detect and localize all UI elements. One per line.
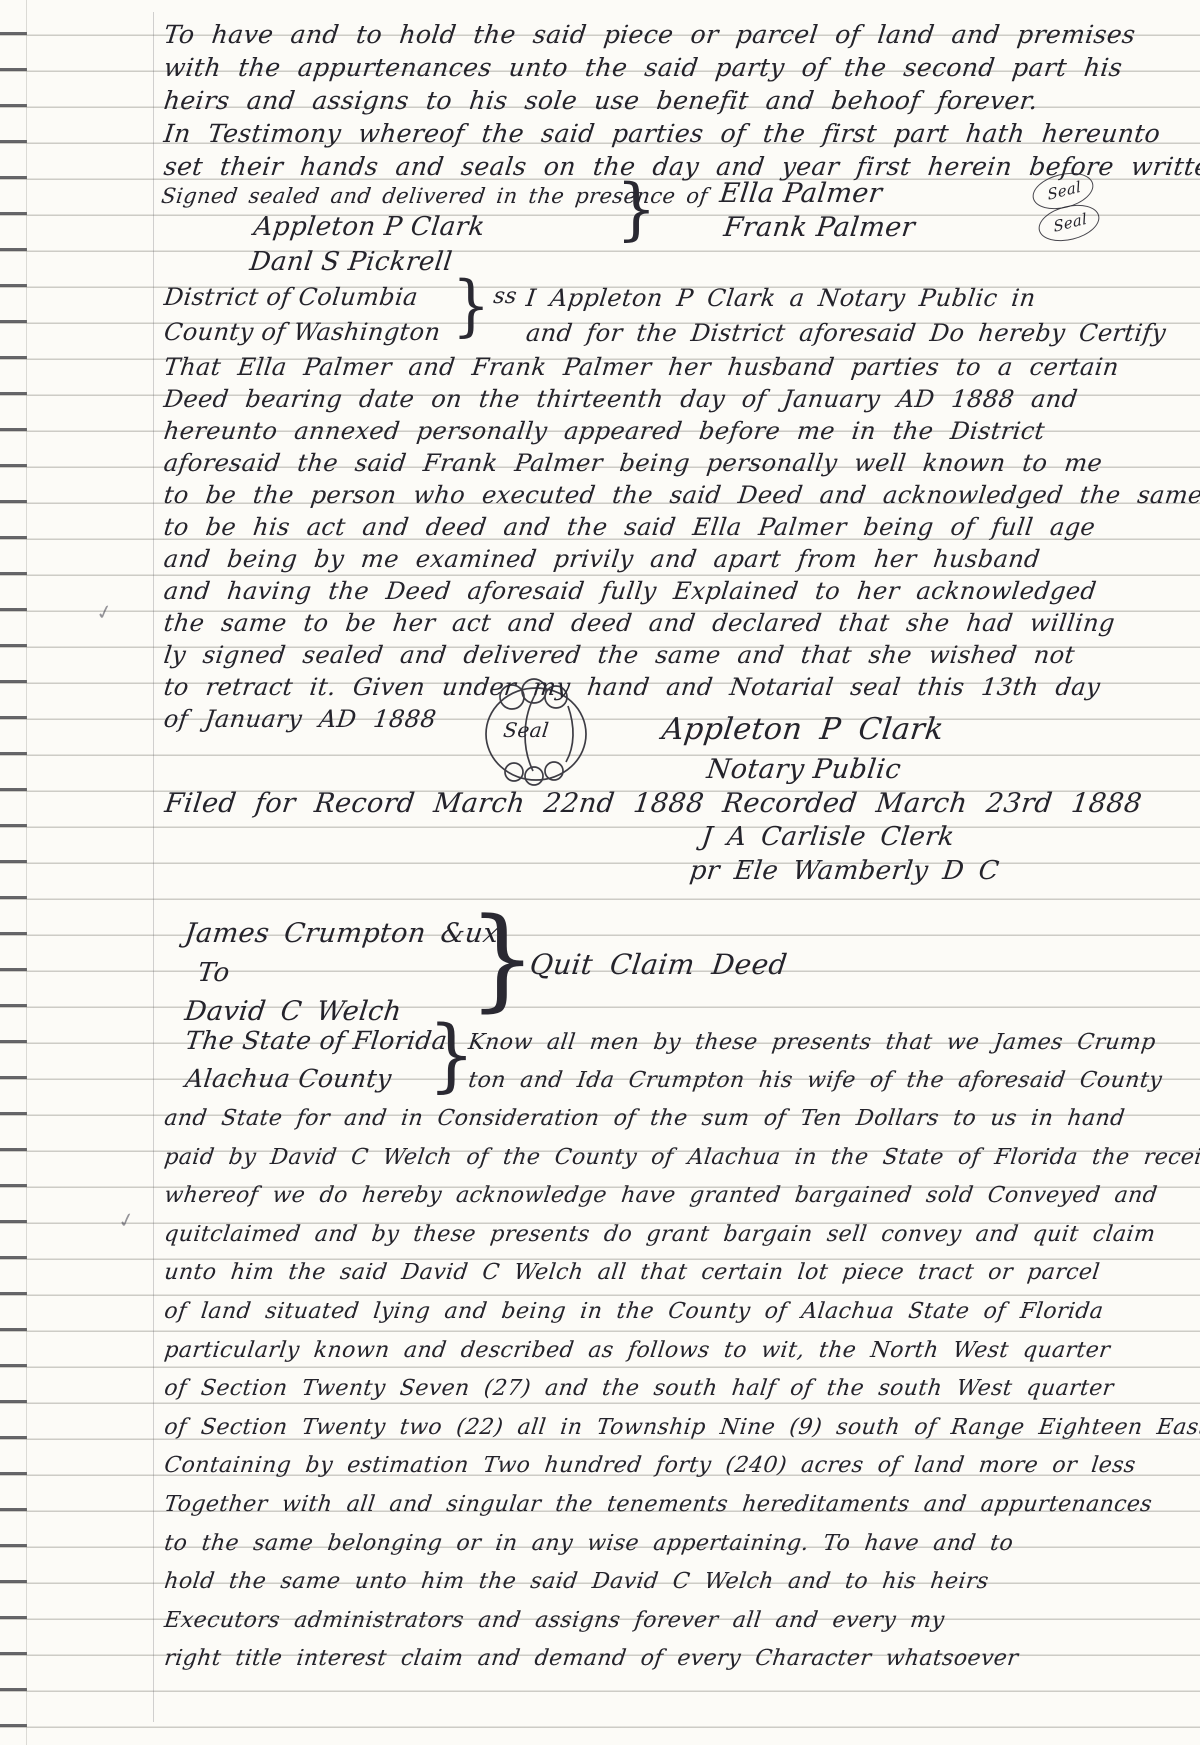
acknowledgment-intro: I Appleton P Clark a Notary Public inand… bbox=[524, 281, 1164, 351]
manuscript-line: That Ella Palmer and Frank Palmer her hu… bbox=[162, 351, 1200, 383]
manuscript-line: ly signed sealed and delivered the same … bbox=[162, 639, 1200, 671]
witness-signature-danl-pickrell: Danl S Pickrell bbox=[248, 247, 454, 277]
manuscript-line: The State of Florida bbox=[183, 1022, 450, 1060]
manuscript-line: and being by me examined privily and apa… bbox=[162, 543, 1200, 575]
manuscript-line: of Section Twenty two (22) all in Townsh… bbox=[162, 1409, 1200, 1448]
manuscript-line: to retract it. Given under my hand and N… bbox=[162, 671, 1200, 703]
deed-record-page: ✓ ✓ To have and to hold the said piece o… bbox=[0, 0, 1200, 1745]
manuscript-line: District of Columbia bbox=[162, 280, 443, 315]
manuscript-line: and for the District aforesaid Do hereby… bbox=[524, 316, 1168, 351]
manuscript-line: County of Washington bbox=[162, 315, 443, 350]
manuscript-line: paid by David C Welch of the County of A… bbox=[162, 1139, 1200, 1178]
venue-state-county: The State of FloridaAlachua County bbox=[183, 1022, 445, 1098]
deed2-opening-lines: Know all men by these presents that we J… bbox=[466, 1024, 1160, 1100]
to-label: To bbox=[196, 958, 231, 988]
manuscript-line: of Section Twenty Seven (27) and the sou… bbox=[162, 1370, 1200, 1409]
manuscript-line: to be his act and deed and the said Ella… bbox=[162, 511, 1200, 543]
manuscript-line: Containing by estimation Two hundred for… bbox=[162, 1447, 1200, 1486]
manuscript-line: quitclaimed and by these presents do gra… bbox=[162, 1216, 1200, 1255]
deed2-body-paragraph: and State for and in Consideration of th… bbox=[162, 1100, 1200, 1679]
margin-rule-line bbox=[153, 12, 154, 1722]
manuscript-line: of land situated lying and being in the … bbox=[162, 1293, 1200, 1332]
manuscript-line: Together with all and singular the tenem… bbox=[162, 1486, 1200, 1525]
seal-label: Seal bbox=[1052, 210, 1088, 236]
manuscript-line: and State for and in Consideration of th… bbox=[162, 1100, 1200, 1139]
venue-brace-icon: } bbox=[452, 273, 490, 339]
pencil-checkmark-icon: ✓ bbox=[94, 599, 115, 626]
manuscript-line: hereunto annexed personally appeared bef… bbox=[162, 415, 1200, 447]
manuscript-line: with the appurtenances unto the said par… bbox=[162, 51, 1200, 84]
manuscript-line: ton and Ida Crumpton his wife of the afo… bbox=[466, 1062, 1164, 1100]
ss-scilicet-label: ss bbox=[492, 284, 518, 309]
manuscript-line: To have and to hold the said piece or pa… bbox=[162, 18, 1200, 51]
deputy-clerk-signature: pr Ele Wamberly D C bbox=[688, 856, 1001, 886]
page-binding-edge bbox=[0, 0, 27, 1745]
manuscript-line: right title interest claim and demand of… bbox=[162, 1640, 1200, 1679]
manuscript-line: set their hands and seals on the day and… bbox=[162, 150, 1200, 183]
manuscript-line: particularly known and described as foll… bbox=[162, 1332, 1200, 1371]
notary-seal-label: Seal bbox=[502, 718, 550, 742]
manuscript-line: I Appleton P Clark a Notary Public in bbox=[524, 281, 1168, 316]
manuscript-line: Know all men by these presents that we J… bbox=[466, 1024, 1164, 1062]
manuscript-line: In Testimony whereof the said parties of… bbox=[162, 117, 1200, 150]
manuscript-line: hold the same unto him the said David C … bbox=[162, 1563, 1200, 1602]
notary-title: Notary Public bbox=[705, 754, 903, 785]
grantor-name: James Crumpton &ux bbox=[183, 918, 501, 949]
manuscript-line: Executors administrators and assigns for… bbox=[162, 1602, 1200, 1641]
clerk-signature: J A Carlisle Clerk bbox=[700, 822, 956, 852]
manuscript-line: to the same belonging or in any wise app… bbox=[162, 1525, 1200, 1564]
manuscript-line: whereof we do hereby acknowledge have gr… bbox=[162, 1177, 1200, 1216]
seal-label: Seal bbox=[1046, 178, 1082, 204]
instrument-type-label: Quit Claim Deed bbox=[528, 948, 789, 981]
manuscript-line: heirs and assigns to his sole use benefi… bbox=[162, 84, 1200, 117]
filing-record-line: Filed for Record March 22nd 1888 Recorde… bbox=[163, 788, 1144, 819]
witness-brace-icon: } bbox=[616, 176, 657, 243]
pencil-checkmark-icon: ✓ bbox=[116, 1207, 137, 1234]
manuscript-line: to be the person who executed the said D… bbox=[162, 479, 1200, 511]
manuscript-line: the same to be her act and deed and decl… bbox=[162, 607, 1200, 639]
caption-brace-icon: } bbox=[468, 905, 537, 1015]
acknowledgment-paragraph: That Ella Palmer and Frank Palmer her hu… bbox=[162, 351, 1200, 735]
notary-signature: Appleton P Clark bbox=[660, 712, 946, 747]
venue-district-county: District of ColumbiaCounty of Washington bbox=[162, 280, 438, 350]
manuscript-line: and having the Deed aforesaid fully Expl… bbox=[162, 575, 1200, 607]
manuscript-line: unto him the said David C Welch all that… bbox=[162, 1254, 1200, 1293]
manuscript-line: Deed bearing date on the thirteenth day … bbox=[162, 383, 1200, 415]
manuscript-line: aforesaid the said Frank Palmer being pe… bbox=[162, 447, 1200, 479]
signature-frank-palmer: Frank Palmer bbox=[722, 212, 917, 243]
signature-ella-palmer: Ella Palmer bbox=[718, 178, 884, 209]
deed1-habendum-paragraph: To have and to hold the said piece or pa… bbox=[162, 18, 1200, 183]
manuscript-line: Alachua County bbox=[183, 1060, 450, 1098]
notary-seal-scribble: Seal bbox=[476, 676, 594, 788]
witness-signature-appleton-clark: Appleton P Clark bbox=[252, 212, 487, 242]
